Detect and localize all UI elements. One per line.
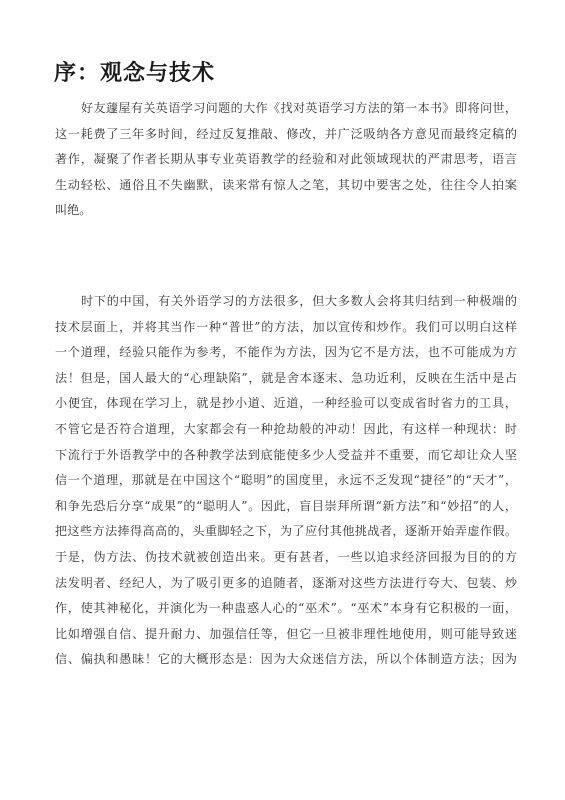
text-line: 下流行于外语教学中的各种教学法到底能使多少人受益并不重要，而它却让众人坚 [55, 443, 517, 469]
text-line: 小便宜，体现在学习上，就是抄小道、近道，一种经验可以变成省时省力的工具， [55, 391, 517, 417]
text-line: 和争先恐后分享“成果”的“聪明人”。因此，盲目崇拜所谓“新方法”和“妙招”的人， [55, 494, 517, 520]
paragraph-2: 时下的中国，有关外语学习的方法很多，但大多数人会将其归结到一种极端的 技术层面上… [55, 289, 517, 673]
text-line: 生动轻松、通俗且不失幽默，读来常有惊人之笔，其切中要害之处，往往令人拍案 [55, 173, 517, 199]
text-line: 技术层面上，并将其当作一种“普世”的方法，加以宣传和炒作。我们可以明白这样 [55, 315, 517, 341]
text-line: 于是，伪方法、伪技术就被创造出来。更有甚者，一些以追求经济回报为目的的方 [55, 545, 517, 571]
text-line: 信、偏执和愚昧！它的大概形态是：因为大众迷信方法，所以个体制造方法；因为 [55, 647, 517, 673]
text-line: 法！但是，国人最大的“心理缺陷”，就是舍本逐末、急功近利，反映在生活中是占 [55, 366, 517, 392]
text-line: 叫绝。 [55, 198, 517, 224]
text-line: 信一个道理，那就是在中国这个“聪明”的国度里，永远不乏发现“捷径”的“天才”， [55, 468, 517, 494]
text-line: 比如增强自信、提升耐力、加强信任等，但它一旦被非理性地使用，则可能导致迷 [55, 622, 517, 648]
page-title: 序：观念与技术 [54, 56, 215, 87]
text-line: 好友蘧屋有关英语学习问题的大作《找对英语学习方法的第一本书》即将问世， [55, 96, 517, 122]
text-line: 把这些方法捧得高高的，头重脚轻之下，为了应付其他挑战者，逐渐开始弄虚作假。 [55, 519, 517, 545]
text-line: 不管它是否符合道理，大家都会有一种抢劫般的冲动！因此，有这样一种现状：时 [55, 417, 517, 443]
text-line: 这一耗费了三年多时间，经过反复推敲、修改，并广泛吸纳各方意见而最终定稿的 [55, 122, 517, 148]
text-line: 法发明者、经纪人，为了吸引更多的追随者，逐渐对这些方法进行夸大、包装、炒 [55, 571, 517, 597]
document-page: 序：观念与技术 好友蘧屋有关英语学习问题的大作《找对英语学习方法的第一本书》即将… [0, 0, 565, 800]
text-line: 作，使其神秘化，并演化为一种蛊惑人心的“巫术”。“巫术”本身有它积极的一面， [55, 596, 517, 622]
paragraph-1: 好友蘧屋有关英语学习问题的大作《找对英语学习方法的第一本书》即将问世， 这一耗费… [55, 96, 517, 224]
text-line: 时下的中国，有关外语学习的方法很多，但大多数人会将其归结到一种极端的 [55, 289, 517, 315]
text-line: 一个道理，经验只能作为参考，不能作为方法，因为它不是方法，也不可能成为方 [55, 340, 517, 366]
text-line: 著作，凝聚了作者长期从事专业英语教学的经验和对此领域现状的严肃思考，语言 [55, 147, 517, 173]
